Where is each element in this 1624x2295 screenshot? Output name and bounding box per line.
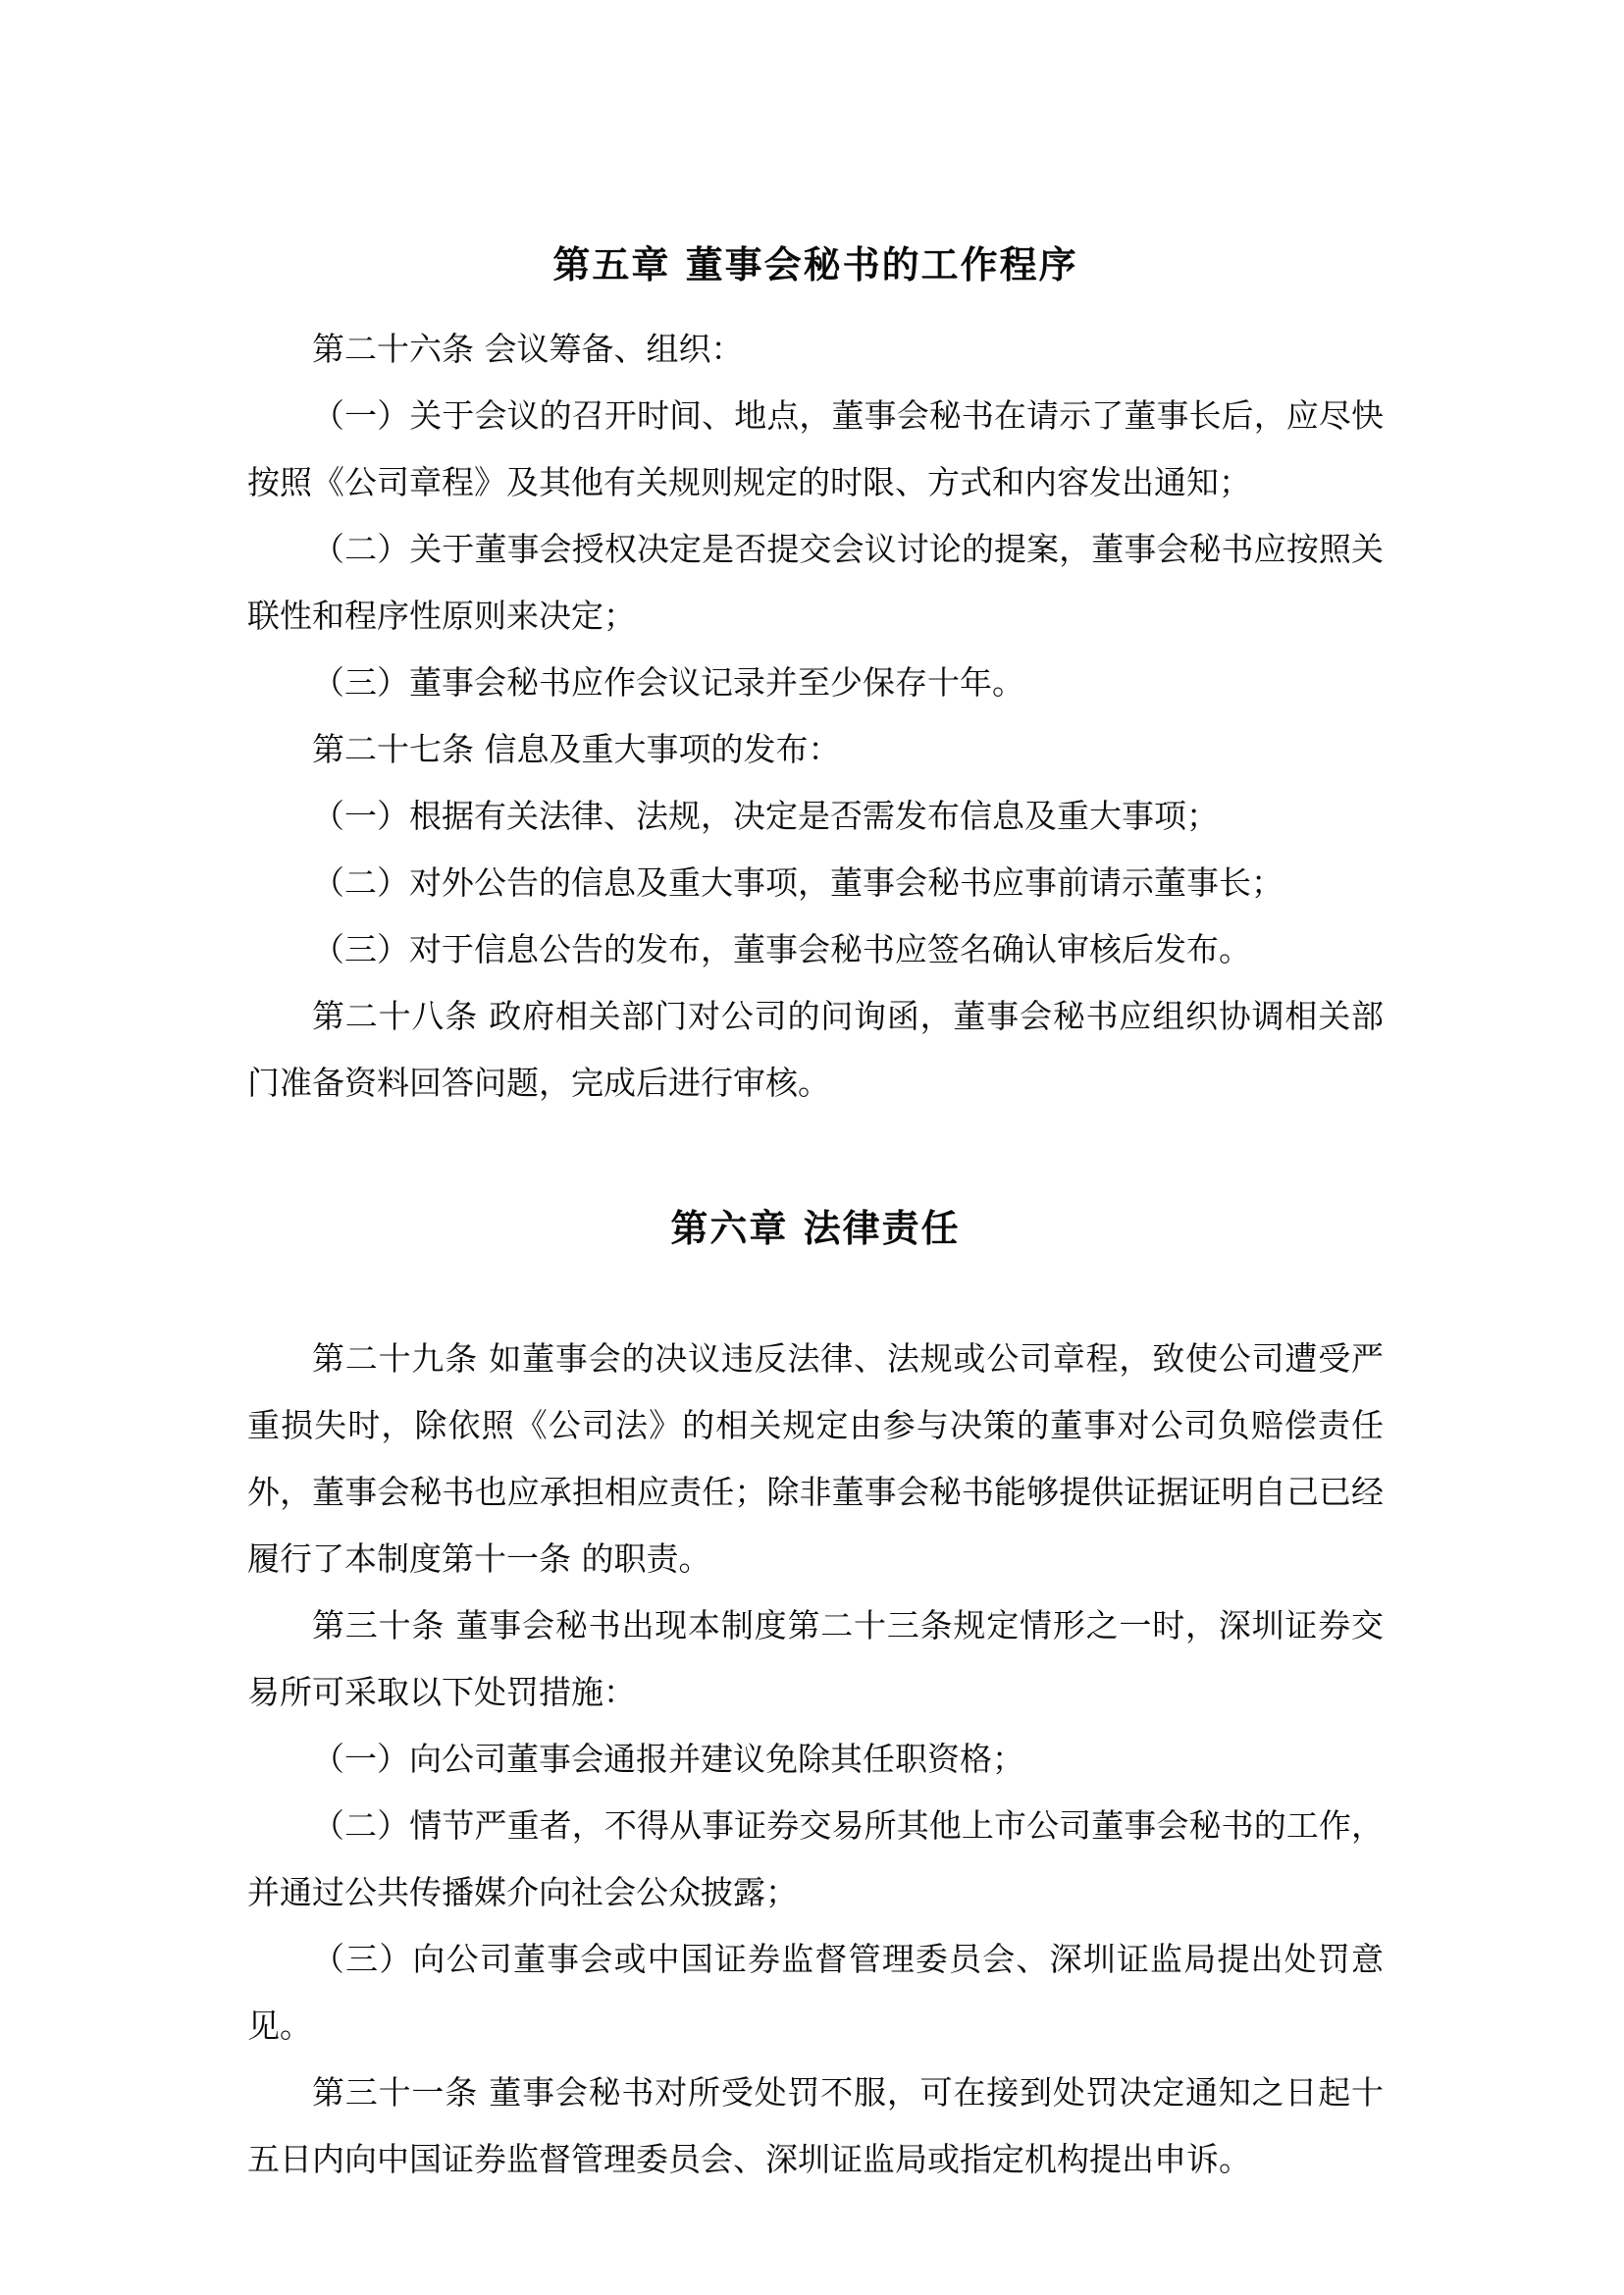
article-27-item-3: （三）对于信息公告的发布，董事会秘书应签名确认审核后发布。 xyxy=(247,916,1384,983)
article-27-heading: 第二十七条 信息及重大事项的发布： xyxy=(247,716,1384,783)
article-26-item-3: （三）董事会秘书应作会议记录并至少保存十年。 xyxy=(247,650,1384,716)
article-30-item-1: （一）向公司董事会通报并建议免除其任职资格； xyxy=(247,1726,1384,1793)
chapter-5: 第五章 董事会秘书的工作程序 第二十六条 会议筹备、组织： （一）关于会议的召开… xyxy=(247,232,1384,1117)
article-26-item-2: （二）关于董事会授权决定是否提交会议讨论的提案，董事会秘书应按照关联性和程序性原… xyxy=(247,516,1384,650)
article-31-paragraph: 第三十一条 董事会秘书对所受处罚不服，可在接到处罚决定通知之日起十五日内向中国证… xyxy=(247,2060,1384,2193)
article-28-paragraph: 第二十八条 政府相关部门对公司的问询函，董事会秘书应组织协调相关部门准备资料回答… xyxy=(247,983,1384,1117)
article-26-heading: 第二十六条 会议筹备、组织： xyxy=(247,316,1384,383)
chapter-5-title: 第五章 董事会秘书的工作程序 xyxy=(247,232,1384,298)
article-30-item-3: （三）向公司董事会或中国证券监督管理委员会、深圳证监局提出处罚意见。 xyxy=(247,1926,1384,2060)
article-27-item-1: （一）根据有关法律、法规，决定是否需发布信息及重大事项； xyxy=(247,783,1384,850)
chapter-6: 第六章 法律责任 第二十九条 如董事会的决议违反法律、法规或公司章程，致使公司遭… xyxy=(247,1195,1384,2193)
chapter-6-title: 第六章 法律责任 xyxy=(247,1195,1384,1262)
article-30-heading: 第三十条 董事会秘书出现本制度第二十三条规定情形之一时，深圳证券交易所可采取以下… xyxy=(247,1592,1384,1726)
document-page: 第五章 董事会秘书的工作程序 第二十六条 会议筹备、组织： （一）关于会议的召开… xyxy=(0,0,1624,2295)
article-30-item-2: （二）情节严重者，不得从事证券交易所其他上市公司董事会秘书的工作，并通过公共传播… xyxy=(247,1793,1384,1926)
article-27-item-2: （二）对外公告的信息及重大事项，董事会秘书应事前请示董事长； xyxy=(247,850,1384,916)
article-29-paragraph: 第二十九条 如董事会的决议违反法律、法规或公司章程，致使公司遭受严重损失时，除依… xyxy=(247,1326,1384,1592)
article-26-item-1: （一）关于会议的召开时间、地点，董事会秘书在请示了董事长后，应尽快按照《公司章程… xyxy=(247,383,1384,516)
